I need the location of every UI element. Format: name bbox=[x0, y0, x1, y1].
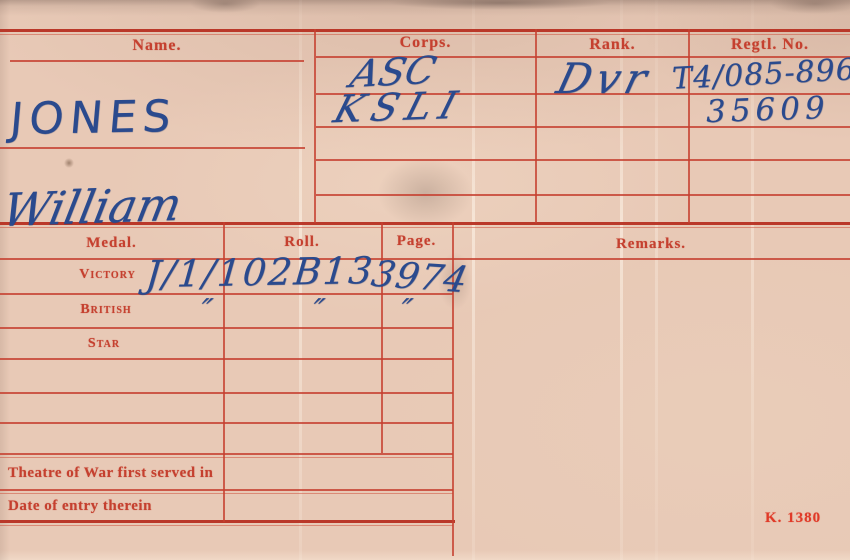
paper-smudge bbox=[190, 0, 260, 13]
paper-smudge bbox=[390, 0, 610, 10]
rule-vertical bbox=[314, 29, 316, 223]
paper-smudge bbox=[64, 158, 74, 168]
rule-horizontal bbox=[316, 159, 850, 161]
date-of-entry-label: Date of entry therein bbox=[8, 498, 152, 515]
rule-horizontal bbox=[10, 60, 304, 62]
theatre-of-war-label: Theatre of War first served in bbox=[8, 465, 213, 482]
rule-horizontal bbox=[0, 358, 453, 360]
regtl-no-value-2: 35609 bbox=[705, 93, 830, 128]
paper-streak bbox=[655, 0, 658, 560]
page-value-victory: 3974 bbox=[368, 257, 471, 299]
rule-horizontal bbox=[0, 453, 453, 455]
roll-value-victory: J/1/102B13 bbox=[144, 252, 375, 293]
remarks-column-header: Remarks. bbox=[452, 236, 850, 253]
rule-horizontal bbox=[0, 327, 453, 329]
corps-value-2: KSLI bbox=[330, 86, 469, 128]
paper-smudge bbox=[378, 158, 473, 228]
paper-streak bbox=[472, 0, 475, 560]
paper-smudge bbox=[770, 0, 850, 14]
medal-column-header: Medal. bbox=[0, 235, 223, 252]
surname-value: JONES bbox=[8, 95, 178, 142]
forename-value: William bbox=[0, 181, 186, 233]
rule-horizontal bbox=[0, 493, 453, 494]
rank-column-header: Rank. bbox=[537, 36, 688, 54]
rule-horizontal bbox=[0, 489, 453, 491]
rule-horizontal bbox=[0, 525, 453, 526]
rule-horizontal bbox=[316, 194, 850, 196]
name-column-header: Name. bbox=[0, 37, 314, 55]
medal-row-star-label: Star bbox=[0, 336, 208, 352]
rule-horizontal bbox=[0, 520, 455, 523]
regtl-no-column-header: Regtl. No. bbox=[690, 36, 850, 54]
rule-horizontal bbox=[0, 392, 453, 394]
ditto-mark-roll-british: ″ bbox=[309, 296, 327, 326]
rule-horizontal bbox=[0, 29, 850, 32]
rule-horizontal bbox=[0, 457, 453, 458]
page-column-header: Page. bbox=[381, 233, 452, 250]
rule-vertical bbox=[688, 29, 690, 223]
medal-row-british-label: British bbox=[0, 302, 212, 318]
rule-horizontal bbox=[0, 422, 453, 424]
ditto-mark-page-british: ″ bbox=[397, 296, 415, 326]
rule-horizontal bbox=[0, 147, 305, 149]
form-number: K. 1380 bbox=[765, 510, 821, 527]
rule-vertical bbox=[535, 29, 537, 223]
regtl-no-value-1: T4/085-896 bbox=[671, 55, 850, 95]
medal-index-card: Name. Corps. Rank. Regtl. No. JONES Will… bbox=[0, 0, 850, 560]
rank-value: Dvr bbox=[553, 58, 656, 100]
